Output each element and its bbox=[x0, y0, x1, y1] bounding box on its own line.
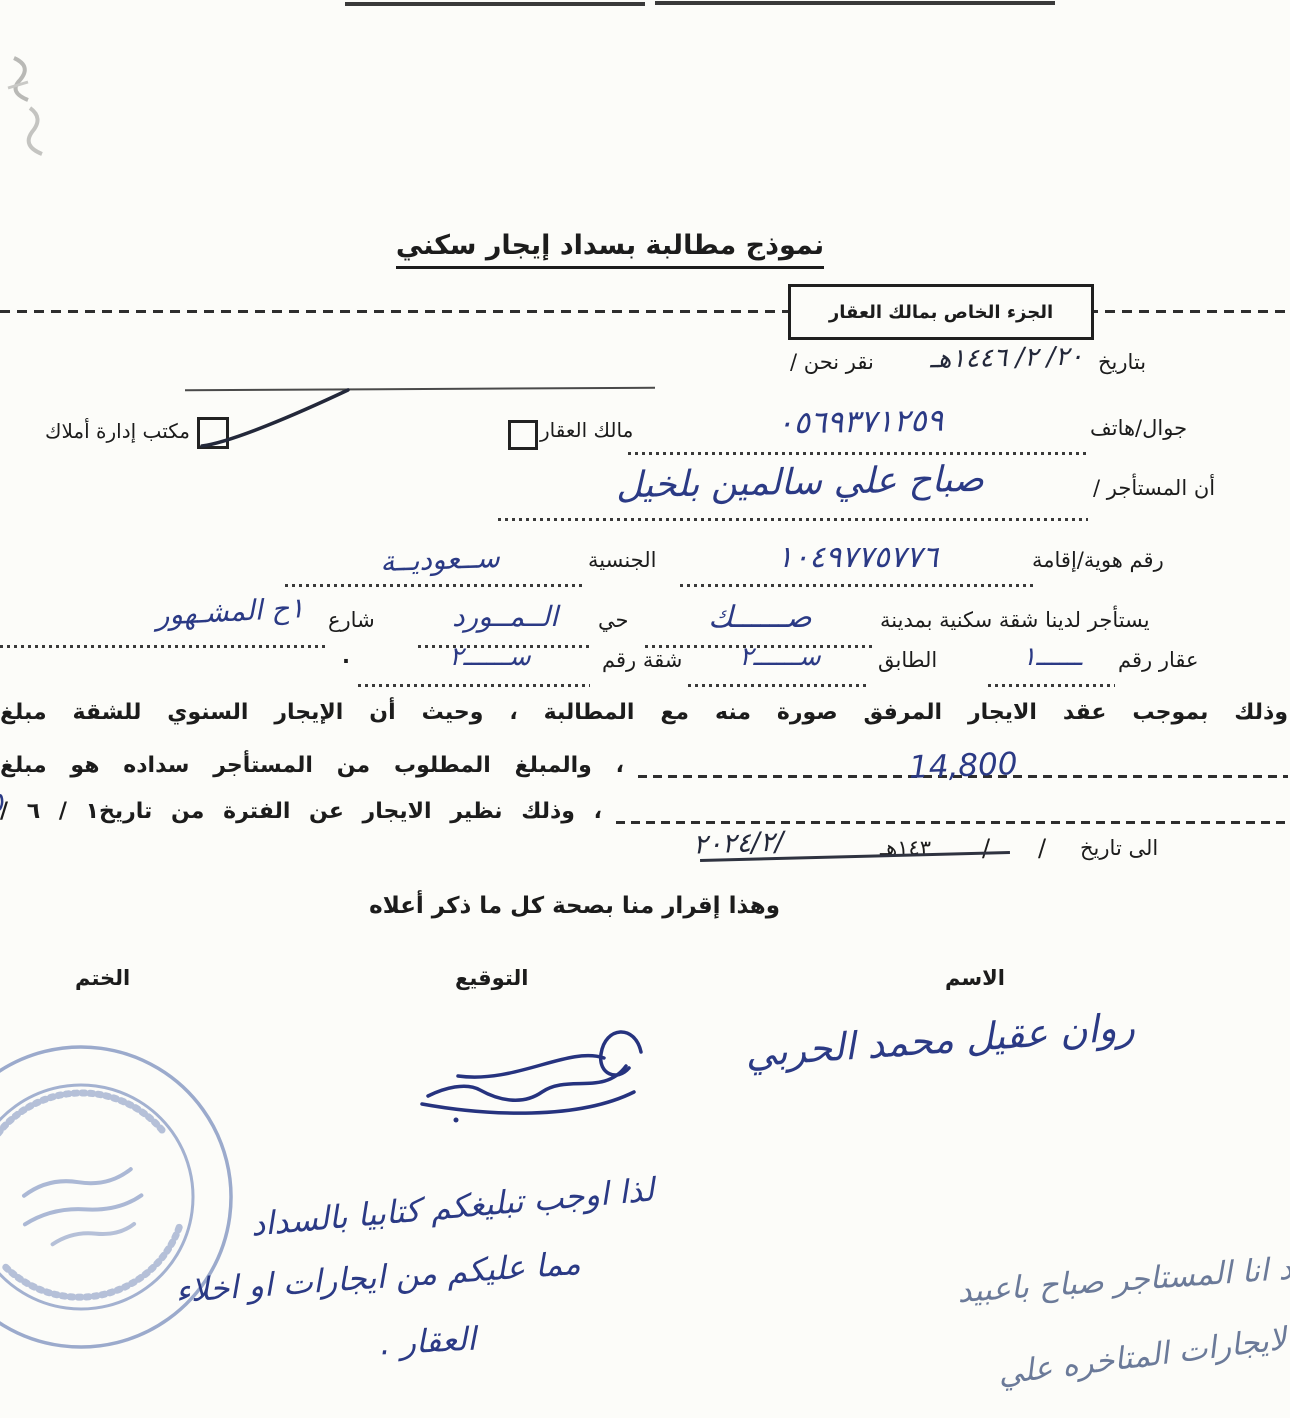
due-amount-blank bbox=[616, 788, 1288, 824]
owner-section-label: الجزء الخاص بمالك العقار bbox=[829, 302, 1053, 323]
form-title-text: نموذج مطالبة بسداد إيجار سكني bbox=[396, 230, 824, 269]
city-value-handwritten: صــــــك bbox=[655, 600, 865, 635]
side-note-handwritten-1: ـد انا المستاجر صباح باعبيد bbox=[956, 1250, 1290, 1310]
owner-checkbox-label: مالك العقار bbox=[540, 418, 633, 442]
street-value-handwritten: ١ح المشـهور bbox=[124, 590, 335, 634]
id-value-handwritten: ١٠٤٩٧٧٥٧٧٦ bbox=[685, 540, 1030, 575]
slash: / bbox=[982, 834, 990, 862]
apartment-number-label: شقة رقم bbox=[602, 648, 682, 672]
tenant-label: أن المستأجر / bbox=[1093, 476, 1215, 500]
check-mark bbox=[192, 382, 357, 457]
scan-corner-artifact bbox=[0, 48, 90, 158]
floor-value-handwritten: ســــــ٢ bbox=[700, 642, 860, 672]
phone-label: جوال/هاتف bbox=[1090, 416, 1187, 440]
district-value-handwritten: الــمــورد bbox=[420, 600, 590, 633]
scanned-rent-claim-form: نموذج مطالبة بسداد إيجار سكني الجزء الخا… bbox=[0, 0, 1290, 1418]
note-handwritten-1: لذا اوجب تبليغكم كتابيا بالسداد bbox=[249, 1170, 656, 1243]
annual-rent-blank: 14,800 bbox=[638, 742, 1288, 778]
nationality-value-handwritten: ســعوديــة bbox=[310, 538, 571, 580]
sentence-period: . bbox=[342, 644, 350, 668]
to-date-label: الى تاريخ bbox=[1080, 836, 1158, 860]
property-number-handwritten: ــــــ١ bbox=[992, 642, 1112, 672]
scan-edge-line bbox=[345, 2, 645, 6]
column-signature-header: التوقيع bbox=[455, 966, 529, 990]
property-number-label: عقار رقم bbox=[1118, 648, 1199, 672]
side-note-handwritten-2: الايجارات المتاخره علي bbox=[996, 1320, 1290, 1392]
body-line-2: 14,800 ، والمبلغ المطلوب من المستأجر سدا… bbox=[0, 742, 1288, 778]
from-year-handwritten-cut: ٥ bbox=[0, 786, 3, 819]
apartment-blank bbox=[358, 684, 590, 687]
owner-section-box: الجزء الخاص بمالك العقار bbox=[788, 284, 1094, 340]
phone-value-handwritten: ٠٥٦٩٣٧١٢٥٩ bbox=[635, 400, 1086, 444]
city-label: يستأجر لدينا شقة سكنية بمدينة bbox=[880, 608, 1150, 632]
nationality-label: الجنسية bbox=[588, 548, 656, 572]
office-checkbox-label: مكتب إدارة أملاك bbox=[45, 419, 190, 443]
dashed-separator bbox=[0, 310, 1290, 313]
floor-blank bbox=[688, 684, 866, 687]
declaration-line: وهذا إقرار منا بصحة كل ما ذكر أعلاه bbox=[380, 893, 780, 919]
column-stamp-header: الختم bbox=[75, 966, 130, 990]
to-date-handwritten: ٢٠٢٤/٢/ bbox=[692, 826, 784, 860]
nationality-blank-line bbox=[285, 584, 585, 587]
date-label: بتاريخ bbox=[1098, 350, 1146, 374]
id-label: رقم هوية/إقامة bbox=[1032, 548, 1164, 572]
tenant-blank-line bbox=[498, 518, 1088, 521]
stamp-seal bbox=[0, 1032, 246, 1362]
body-line-2-text: ، والمبلغ المطلوب من المستأجر سداده هو م… bbox=[0, 753, 624, 778]
tenant-name-handwritten: صباح علي سالمين بلخيل bbox=[520, 457, 1081, 508]
to-date-handwritten-digits: ٢٠٢٤/٢/ bbox=[692, 826, 784, 860]
signature-scribble bbox=[398, 1000, 658, 1150]
street-blank-line bbox=[0, 645, 325, 648]
date-value-handwritten: ٢٠/ ٢/ ١٤٤٦هـ bbox=[930, 342, 1084, 375]
declare-we-label: نقر نحن / bbox=[790, 350, 874, 374]
note-handwritten-3: العقار . bbox=[379, 1320, 477, 1363]
floor-label: الطابق bbox=[878, 648, 937, 672]
body-line-1: وذلك بموجب عقد الايجار المرفق صورة منه م… bbox=[0, 700, 1288, 725]
owner-name-handwritten: روان عقيل محمد الحربي bbox=[639, 997, 1241, 1083]
id-blank-line bbox=[680, 584, 1035, 587]
column-name-header: الاسم bbox=[945, 966, 1005, 990]
apartment-value-handwritten: ســــــ٢ bbox=[400, 642, 580, 672]
property-number-blank bbox=[988, 684, 1115, 687]
scan-edge-line bbox=[655, 1, 1055, 5]
slash: / bbox=[1038, 834, 1046, 862]
body-line-3: ، وذلك نظير الايجار عن الفترة من تاريخ١ … bbox=[0, 788, 1288, 824]
annual-rent-handwritten: 14,800 bbox=[908, 746, 1018, 786]
body-line-3-text: ، وذلك نظير الايجار عن الفترة من تاريخ١ … bbox=[0, 799, 602, 824]
owner-checkbox bbox=[508, 420, 538, 450]
phone-blank-line bbox=[628, 452, 1086, 455]
form-title: نموذج مطالبة بسداد إيجار سكني bbox=[380, 230, 840, 269]
district-label: حي bbox=[598, 608, 629, 632]
